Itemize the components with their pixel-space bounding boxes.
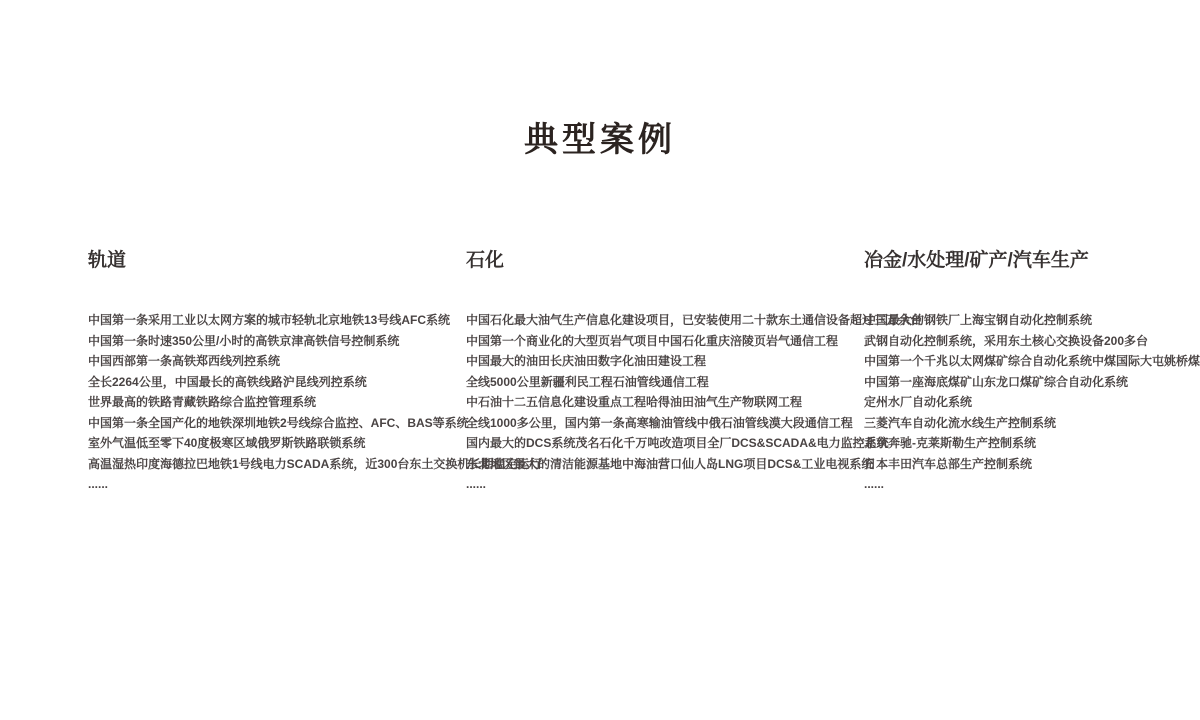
case-item: 中国第一个千兆以太网煤矿综合自动化系统中煤国际大屯姚桥煤矿	[864, 351, 1184, 372]
page-title: 典型案例	[0, 112, 1200, 161]
case-item: 中国第一座海底煤矿山东龙口煤矿综合自动化系统	[864, 372, 1184, 393]
case-list-rail: 中国第一条采用工业以太网方案的城市轻轨北京地铁13号线AFC系统 中国第一条时速…	[88, 310, 458, 495]
column-petrochemical: 石化 中国石化最大油气生产信息化建设项目，已安装使用二十款东土通信设备超过三万余…	[466, 248, 836, 495]
case-item: 中国第一条采用工业以太网方案的城市轻轨北京地铁13号线AFC系统	[88, 310, 458, 331]
column-heading-metallurgy-water-mining-auto: 冶金/水处理/矿产/汽车生产	[864, 248, 1184, 274]
case-item: 中国石化最大油气生产信息化建设项目，已安装使用二十款东土通信设备超过三万余台	[466, 310, 836, 331]
case-item: 三菱汽车自动化流水线生产控制系统	[864, 413, 1184, 434]
case-item: 定州水厂自动化系统	[864, 392, 1184, 413]
case-item: 世界最高的铁路青藏铁路综合监控管理系统	[88, 392, 458, 413]
case-item: 中国第一个商业化的大型页岩气项目中国石化重庆涪陵页岩气通信工程	[466, 331, 836, 352]
column-heading-petrochemical: 石化	[466, 248, 836, 274]
case-item: 东北地区最大的清洁能源基地中海油营口仙人岛LNG项目DCS&工业电视系统	[466, 454, 836, 475]
case-item: 中国最大的油田长庆油田数字化油田建设工程	[466, 351, 836, 372]
case-item: 中国西部第一条高铁郑西线列控系统	[88, 351, 458, 372]
case-item: 全线5000公里新疆利民工程石油管线通信工程	[466, 372, 836, 393]
column-metallurgy-water-mining-auto: 冶金/水处理/矿产/汽车生产 中国最大的钢铁厂上海宝钢自动化控制系统 武钢自动化…	[864, 248, 1184, 495]
case-item: 中国最大的钢铁厂上海宝钢自动化控制系统	[864, 310, 1184, 331]
case-item: 中国第一条全国产化的地铁深圳地铁2号线综合监控、AFC、BAS等系统	[88, 413, 458, 434]
case-item: 中石油十二五信息化建设重点工程哈得油田油气生产物联网工程	[466, 392, 836, 413]
case-list-petrochemical: 中国石化最大油气生产信息化建设项目，已安装使用二十款东土通信设备超过三万余台 中…	[466, 310, 836, 495]
case-item: 国内最大的DCS系统茂名石化千万吨改造项目全厂DCS&SCADA&电力监控系统	[466, 433, 836, 454]
column-heading-rail: 轨道	[88, 248, 458, 274]
case-item: 中国第一条时速350公里/小时的高铁京津高铁信号控制系统	[88, 331, 458, 352]
case-item-ellipsis: ......	[88, 474, 458, 495]
case-item: 日本丰田汽车总部生产控制系统	[864, 454, 1184, 475]
column-rail: 轨道 中国第一条采用工业以太网方案的城市轻轨北京地铁13号线AFC系统 中国第一…	[88, 248, 458, 495]
case-item-ellipsis: ......	[466, 474, 836, 495]
slide: 典型案例 轨道 中国第一条采用工业以太网方案的城市轻轨北京地铁13号线AFC系统…	[0, 0, 1200, 720]
case-item: 全长2264公里，中国最长的高铁线路沪昆线列控系统	[88, 372, 458, 393]
case-item: 室外气温低至零下40度极寒区域俄罗斯铁路联锁系统	[88, 433, 458, 454]
case-list-metallurgy-water-mining-auto: 中国最大的钢铁厂上海宝钢自动化控制系统 武钢自动化控制系统，采用东土核心交换设备…	[864, 310, 1184, 495]
case-item: 高温湿热印度海德拉巴地铁1号线电力SCADA系统，近300台东土交换机长期稳定运…	[88, 454, 458, 475]
case-item: 武钢自动化控制系统，采用东土核心交换设备200多台	[864, 331, 1184, 352]
case-item: 全线1000多公里，国内第一条高寒输油管线中俄石油管线漠大段通信工程	[466, 413, 836, 434]
case-item-ellipsis: ......	[864, 474, 1184, 495]
case-item: 北京奔驰-克莱斯勒生产控制系统	[864, 433, 1184, 454]
